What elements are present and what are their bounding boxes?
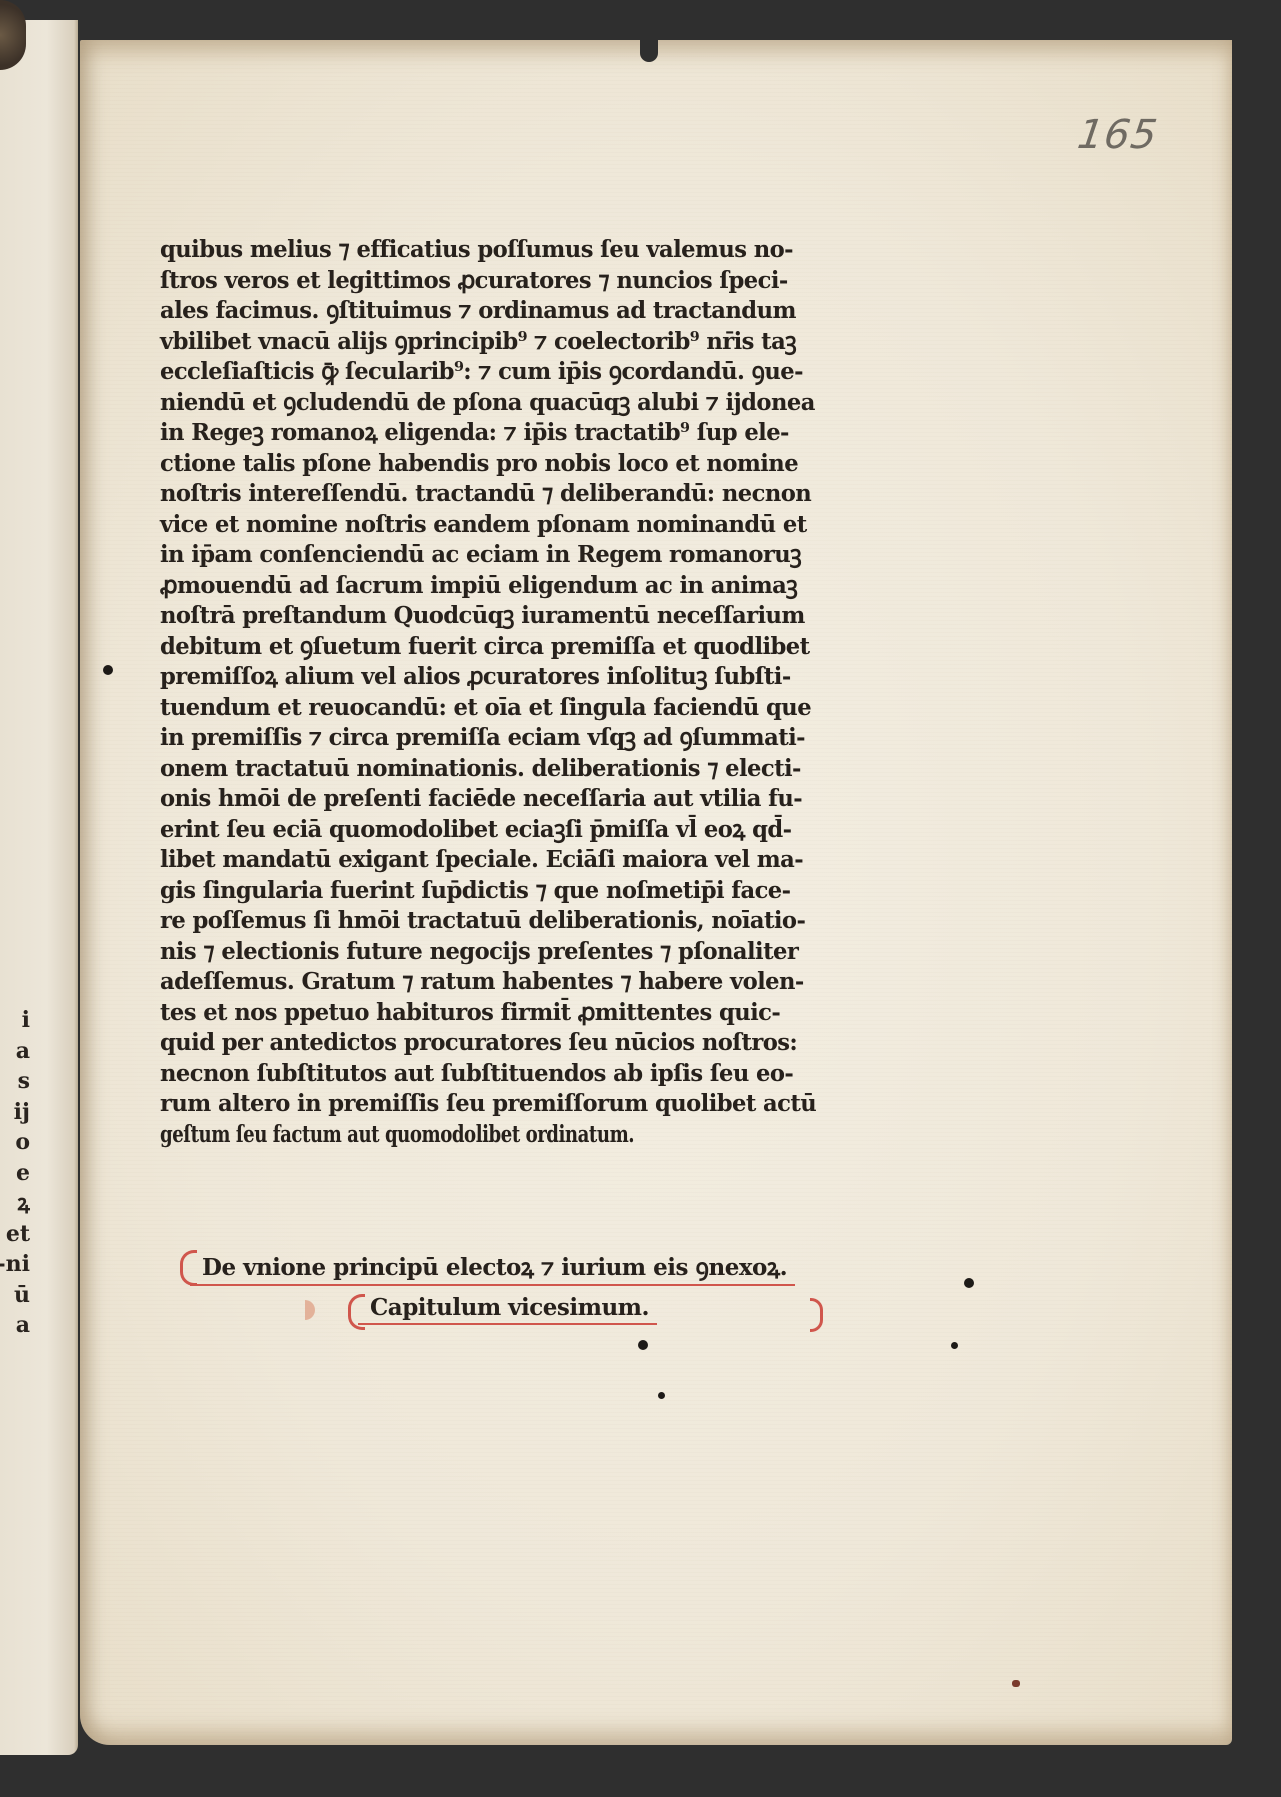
text-line: nis ⁊ electionis future negocijs preſent… (160, 936, 835, 967)
ink-spot (658, 1392, 665, 1399)
fragment: ij (0, 1097, 30, 1128)
body-text-block: quibus melius ⁊ efficatius poſſumus ſeu … (160, 234, 860, 1149)
foxing-stain (1012, 1680, 1020, 1687)
text-line: noſtris intereſſendū. tractandū ⁊ delibe… (160, 478, 835, 509)
text-line: ꝓmouendū ad ſacrum impiū eligendum ac in… (160, 570, 835, 601)
fragment: et (0, 1219, 30, 1250)
text-line: ctione talis pſone habendis pro nobis lo… (160, 448, 835, 479)
fragment: e (0, 1158, 30, 1189)
text-line: in ip̄am conſenciendū ac eciam in Regem … (160, 539, 835, 570)
text-line: niendū et ꝯcludendū de pſona quacūqꝫ alu… (160, 387, 835, 418)
fragment: o (0, 1127, 30, 1158)
page-edge-tear (640, 40, 658, 62)
text-line: geſtum ſeu factum aut quomodolibet ordin… (160, 1119, 700, 1150)
text-line: re poſſemus ſi hmōi tractatuū deliberati… (160, 905, 835, 936)
text-line: onis hmōi de preſenti faciēde neceſſaria… (160, 783, 835, 814)
text-line: gis ſingularia fuerint ſup̄dictis ⁊ que … (160, 875, 835, 906)
text-line: premiſſoꝝ alium vel alios ꝓcuratores inſ… (160, 661, 835, 692)
text-line: rum altero in premiſſis ſeu premiſſorum … (160, 1088, 835, 1119)
text-line: tes et nos ppetuo habituros firmit̄ ꝓmit… (160, 997, 835, 1028)
text-line: onem tractatuū nominationis. deliberatio… (160, 753, 835, 784)
text-line: necnon ſubſtitutos aut ſubſtituendos ab … (160, 1058, 835, 1089)
chapter-rubric: De vnione principū electoꝝ ⁊ iurium eis … (180, 1248, 840, 1325)
text-line: libet mandatū exigant ſpeciale. Eciāſi m… (160, 844, 835, 875)
fragment: ꝝ (0, 1188, 30, 1219)
text-line: vice et nomine noſtris eandem pſonam nom… (160, 509, 835, 540)
text-line: quid per antedictos procuratores ſeu nūc… (160, 1027, 835, 1058)
text-line: tuendum et reuocandū: et oīa et ſingula … (160, 692, 835, 723)
text-line: quibus melius ⁊ efficatius poſſumus ſeu … (160, 234, 835, 265)
fragment: ni- (0, 1249, 30, 1280)
text-line: in premiſſis ⁊ circa premiſſa eciam vſqꝫ… (160, 722, 835, 753)
chapter-heading: De vnione principū electoꝝ ⁊ iurium eis … (180, 1248, 795, 1286)
facing-page-left-leaf: i a s ij o e ꝝ et ni- ū a (0, 20, 78, 1755)
fragment: ū (0, 1280, 30, 1311)
text-line: ales facimus. ꝯſtituimus ⁊ ordinamus ad … (160, 295, 835, 326)
chapter-number: Capitulum vicesimum. (348, 1292, 657, 1325)
fragment: a (0, 1310, 30, 1341)
ink-spot (964, 1278, 974, 1288)
text-line: debitum et ꝯſuetum fuerit circa premiſſa… (160, 631, 835, 662)
fragment: a (0, 1036, 30, 1067)
folio-number: 165 (1075, 112, 1161, 158)
binding-curl (0, 0, 26, 70)
ink-spot (951, 1342, 958, 1349)
text-line: eccleſiaſticis ꝙ̄ ſecularib⁹: ⁊ cum ip̄i… (160, 356, 835, 387)
text-line: vbilibet vnacū alijs ꝯprincipib⁹ ⁊ coele… (160, 326, 835, 357)
text-line: erint ſeu eciā quomodolibet eciaꝫſi p̄mi… (160, 814, 835, 845)
fragment: i (0, 1005, 30, 1036)
facing-page-text-fragments: i a s ij o e ꝝ et ni- ū a (0, 1005, 30, 1341)
fragment: s (0, 1066, 30, 1097)
text-line: ſtros veros et legittimos ꝓcuratores ⁊ n… (160, 265, 835, 296)
ink-spot (638, 1340, 648, 1350)
text-line: in Regeꝫ romanoꝝ eligenda: ⁊ ip̄is tract… (160, 417, 835, 448)
text-line: adeſſemus. Gratum ⁊ ratum habentes ⁊ hab… (160, 966, 835, 997)
text-line: noſtrā preſtandum Quodcūqꝫ iuramentū nec… (160, 600, 835, 631)
ink-spot (103, 665, 113, 675)
